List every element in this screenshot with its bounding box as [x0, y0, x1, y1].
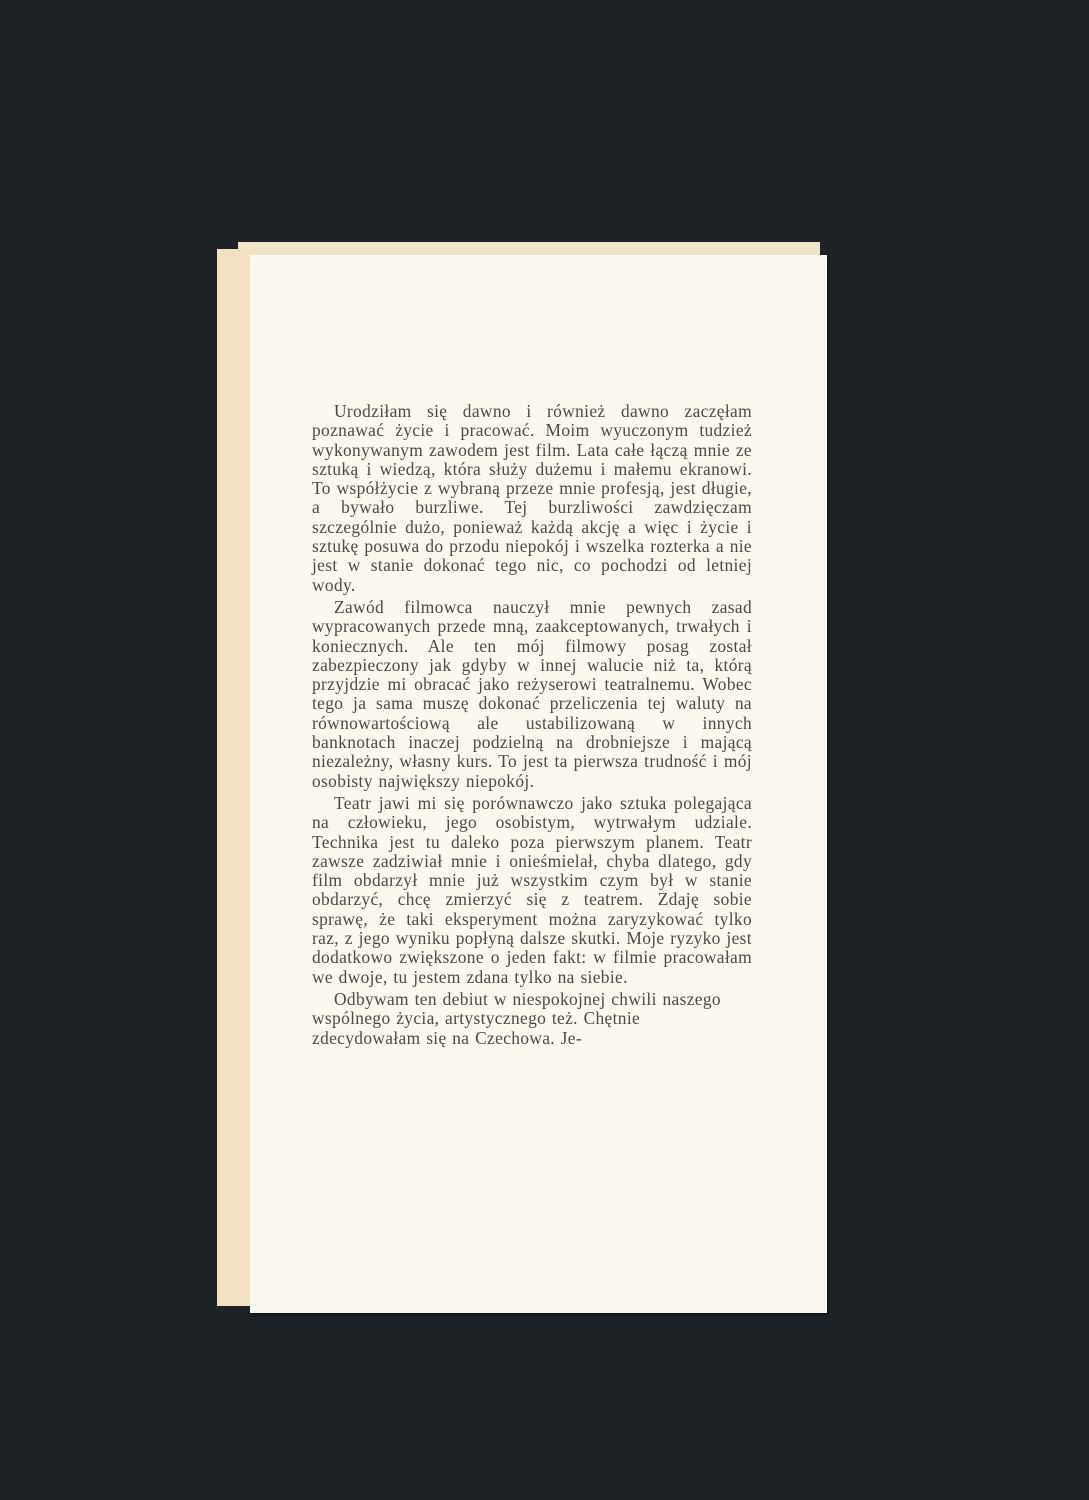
back-sheet-top-edge — [238, 242, 820, 256]
paragraph-4: Odbywam ten debiut w niespokojnej chwili… — [312, 990, 752, 1048]
page-body-text: Urodziłam się dawno i również dawno za­c… — [312, 402, 752, 1051]
paragraph-3: Teatr jawi mi się porównawczo jako sztuk… — [312, 794, 752, 987]
paragraph-2: Zawód filmowca nauczył mnie pewnych za­s… — [312, 598, 752, 791]
paragraph-1: Urodziłam się dawno i również dawno za­c… — [312, 402, 752, 595]
